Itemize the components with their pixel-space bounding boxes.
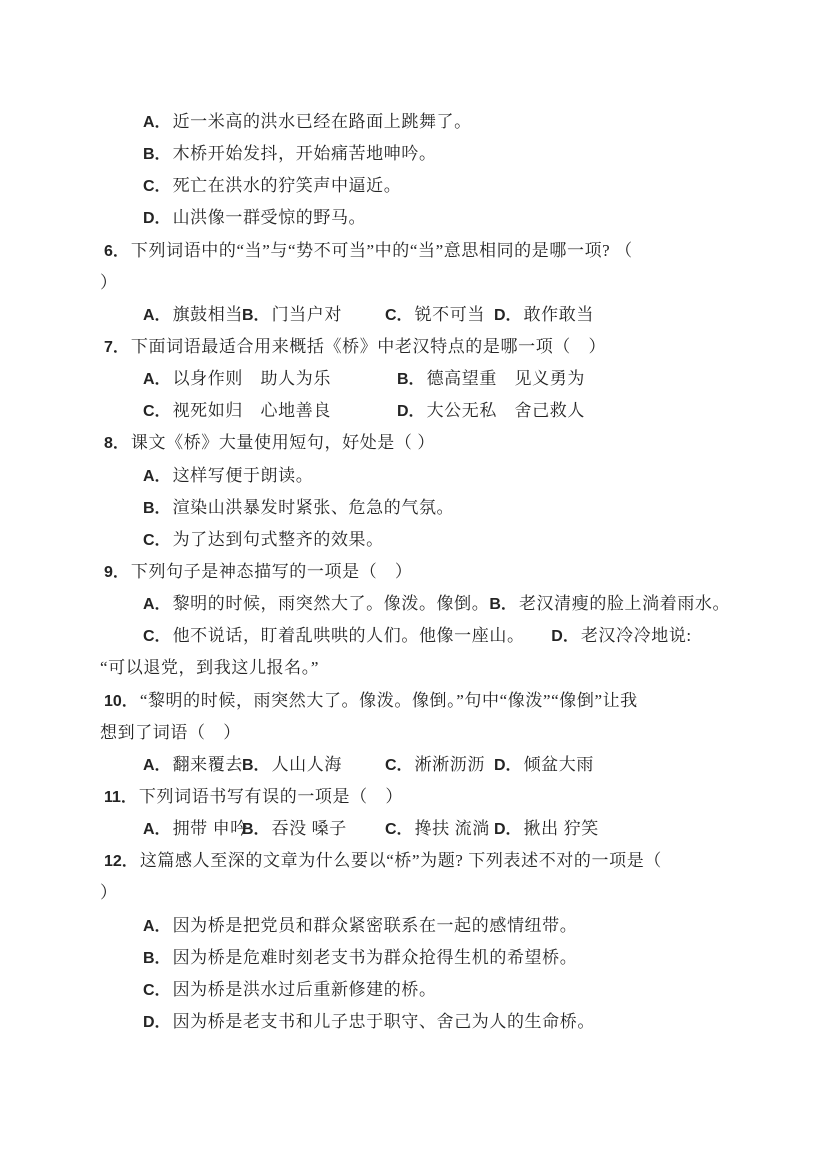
question-11-stem: 11．下列词语书写有误的一项是（ ） xyxy=(98,781,738,813)
text-run: 大公无私 舍己救人 xyxy=(427,401,585,420)
question-number: 11． xyxy=(104,789,139,806)
option-line: A．因为桥是把党员和群众紧密联系在一起的感情纽带。 xyxy=(98,910,738,942)
option-item: D．敢作敢当 xyxy=(494,299,594,332)
continuation-line: “可以退党，到我这儿报名。” xyxy=(98,652,738,684)
text-run: 木桥开始发抖，开始痛苦地呻吟。 xyxy=(173,144,437,163)
options-row: C．视死如归 心地善良D．大公无私 舍己救人 xyxy=(98,395,738,427)
option-letter: D． xyxy=(397,403,427,420)
option-letter: A． xyxy=(143,371,173,388)
question-number: 10． xyxy=(104,693,140,710)
option-item: A．翻来覆去 xyxy=(143,749,243,782)
option-item: C．搀扶 流淌 xyxy=(385,813,490,846)
option-letter: D． xyxy=(494,307,524,324)
option-item: B．门当户对 xyxy=(242,299,342,332)
option-item: C．视死如归 心地善良 xyxy=(143,395,331,428)
option-item: A．拥带 申吟 xyxy=(143,813,248,846)
option-line: A．近一米高的洪水已经在路面上跳舞了。 xyxy=(98,106,738,138)
option-line: C．因为桥是洪水过后重新修建的桥。 xyxy=(98,974,738,1006)
text-run: 拥带 申吟 xyxy=(173,819,248,838)
text-run: 下列词语书写有误的一项是（ ） xyxy=(139,787,403,806)
text-run: 锐不可当 xyxy=(415,305,485,324)
option-letter: D． xyxy=(494,821,524,838)
option-letter: D． xyxy=(143,1014,173,1031)
text-run: 老汉清瘦的脸上淌着雨水。 xyxy=(519,594,730,613)
option-letter: C． xyxy=(143,178,173,195)
text-run: 以身作则 助人为乐 xyxy=(173,369,331,388)
option-letter: C． xyxy=(385,757,415,774)
text-run: 人山人海 xyxy=(272,755,342,774)
option-letter: B． xyxy=(489,596,519,613)
option-line: A．这样写便于朗读。 xyxy=(98,460,738,492)
worksheet-page: A．近一米高的洪水已经在路面上跳舞了。B．木桥开始发抖，开始痛苦地呻吟。C．死亡… xyxy=(0,0,826,1169)
continuation-line: ） xyxy=(98,877,738,909)
text-run: 想到了词语（ ） xyxy=(100,723,241,742)
text-run: 黎明的时候，雨突然大了。像泼。像倒。 xyxy=(173,594,490,613)
option-letter: D． xyxy=(494,757,524,774)
text-run: 渲染山洪暴发时紧张、危急的气氛。 xyxy=(173,498,455,517)
option-letter: A． xyxy=(143,307,173,324)
text-run: 因为桥是洪水过后重新修建的桥。 xyxy=(173,980,437,999)
text-run: 德高望重 见义勇为 xyxy=(427,369,585,388)
option-letter: B． xyxy=(397,371,427,388)
option-item: D．倾盆大雨 xyxy=(494,749,594,782)
text-run: 敢作敢当 xyxy=(524,305,594,324)
question-8-stem: 8．课文《桥》大量使用短句，好处是（ ） xyxy=(98,427,738,459)
text-run: 倾盆大雨 xyxy=(524,755,594,774)
continuation-line: 想到了词语（ ） xyxy=(98,717,738,749)
options-row: A．以身作则 助人为乐B．德高望重 见义勇为 xyxy=(98,363,738,395)
text-run: 旗鼓相当 xyxy=(173,305,243,324)
option-line: C．他不说话，盯着乱哄哄的人们。他像一座山。 D．老汉冷冷地说: xyxy=(98,620,738,652)
text-run: 山洪像一群受惊的野马。 xyxy=(173,208,367,227)
text-run: 搀扶 流淌 xyxy=(415,819,490,838)
option-item: D．揪出 狞笑 xyxy=(494,813,599,846)
option-line: D．因为桥是老支书和儿子忠于职守、舍己为人的生命桥。 xyxy=(98,1006,738,1038)
text-run: 下面词语最适合用来概括《桥》中老汉特点的是哪一项（ ） xyxy=(131,337,606,356)
option-item: B．吞没 嗓子 xyxy=(242,813,347,846)
option-letter: B． xyxy=(143,146,173,163)
option-letter: A． xyxy=(143,821,173,838)
text-run: 因为桥是把党员和群众紧密联系在一起的感情纽带。 xyxy=(173,916,578,935)
options-row: A．拥带 申吟B．吞没 嗓子C．搀扶 流淌D．揪出 狞笑 xyxy=(98,813,738,845)
text-run: “黎明的时候，雨突然大了。像泼。像倒。”句中“像泼”“像倒”让我 xyxy=(140,691,638,710)
option-item: B．人山人海 xyxy=(242,749,342,782)
option-letter: A． xyxy=(143,114,173,131)
text-run: 下列句子是神态描写的一项是（ ） xyxy=(131,562,413,581)
text-run: 因为桥是危难时刻老支书为群众抢得生机的希望桥。 xyxy=(173,948,578,967)
question-12-stem: 12．这篇感人至深的文章为什么要以“桥”为题? 下列表述不对的一项是（ xyxy=(98,845,738,877)
option-letter: C． xyxy=(143,403,173,420)
option-item: D．大公无私 舍己救人 xyxy=(397,395,585,428)
option-letter: B． xyxy=(242,757,272,774)
option-line: D．山洪像一群受惊的野马。 xyxy=(98,202,738,234)
option-letter: B． xyxy=(143,500,173,517)
text-run: 门当户对 xyxy=(272,305,342,324)
option-letter: D． xyxy=(143,210,173,227)
question-number: 8． xyxy=(104,435,131,452)
option-letter: B． xyxy=(242,307,272,324)
question-number: 12． xyxy=(104,853,140,870)
option-letter: C． xyxy=(385,307,415,324)
option-letter: C． xyxy=(385,821,415,838)
text-run: 下列词语中的“当”与“势不可当”中的“当”意思相同的是哪一项? （ xyxy=(131,241,633,260)
text-run: 这篇感人至深的文章为什么要以“桥”为题? 下列表述不对的一项是（ xyxy=(140,851,662,870)
option-line: B．木桥开始发抖，开始痛苦地呻吟。 xyxy=(98,138,738,170)
text-run: 因为桥是老支书和儿子忠于职守、舍己为人的生命桥。 xyxy=(173,1012,595,1031)
question-list: A．近一米高的洪水已经在路面上跳舞了。B．木桥开始发抖，开始痛苦地呻吟。C．死亡… xyxy=(98,106,738,1038)
option-letter: A． xyxy=(143,757,173,774)
text-run: 揪出 狞笑 xyxy=(524,819,599,838)
option-letter: C． xyxy=(143,982,173,999)
text-run: 老汉冷冷地说: xyxy=(581,626,692,645)
option-item: B．德高望重 见义勇为 xyxy=(397,363,585,396)
continuation-line: ） xyxy=(98,267,738,299)
text-run: 课文《桥》大量使用短句，好处是（ ） xyxy=(131,433,435,452)
question-number: 7． xyxy=(104,339,131,356)
option-letter: C． xyxy=(143,532,173,549)
option-letter: C． xyxy=(143,628,173,645)
option-line: B．渲染山洪暴发时紧张、危急的气氛。 xyxy=(98,492,738,524)
question-number: 6． xyxy=(104,243,131,260)
option-item: C．锐不可当 xyxy=(385,299,485,332)
options-row: A．旗鼓相当B．门当户对C．锐不可当D．敢作敢当 xyxy=(98,299,738,331)
question-10-stem: 10．“黎明的时候，雨突然大了。像泼。像倒。”句中“像泼”“像倒”让我 xyxy=(98,685,738,717)
option-item: A．旗鼓相当 xyxy=(143,299,243,332)
text-run: 死亡在洪水的狞笑声中逼近。 xyxy=(173,176,402,195)
text-run: 吞没 嗓子 xyxy=(272,819,347,838)
text-run: 他不说话，盯着乱哄哄的人们。他像一座山。 xyxy=(173,626,552,645)
text-run: ） xyxy=(100,883,118,902)
option-letter: A． xyxy=(143,468,173,485)
text-run: 翻来覆去 xyxy=(173,755,243,774)
options-row: A．翻来覆去B．人山人海C．淅淅沥沥D．倾盆大雨 xyxy=(98,749,738,781)
text-run: “可以退党，到我这儿报名。” xyxy=(100,658,319,677)
option-letter: B． xyxy=(143,950,173,967)
text-run: ） xyxy=(100,273,118,292)
question-number: 9． xyxy=(104,564,131,581)
question-7-stem: 7．下面词语最适合用来概括《桥》中老汉特点的是哪一项（ ） xyxy=(98,331,738,363)
option-line: B．因为桥是危难时刻老支书为群众抢得生机的希望桥。 xyxy=(98,942,738,974)
question-6-stem: 6．下列词语中的“当”与“势不可当”中的“当”意思相同的是哪一项? （ xyxy=(98,235,738,267)
option-letter: A． xyxy=(143,596,173,613)
option-line: C．死亡在洪水的狞笑声中逼近。 xyxy=(98,170,738,202)
text-run: 这样写便于朗读。 xyxy=(173,466,314,485)
question-9-stem: 9．下列句子是神态描写的一项是（ ） xyxy=(98,556,738,588)
text-run: 近一米高的洪水已经在路面上跳舞了。 xyxy=(173,112,472,131)
option-letter: B． xyxy=(242,821,272,838)
text-run: 淅淅沥沥 xyxy=(415,755,485,774)
text-run: 视死如归 心地善良 xyxy=(173,401,331,420)
option-item: C．淅淅沥沥 xyxy=(385,749,485,782)
option-letter: D． xyxy=(551,628,581,645)
option-item: A．以身作则 助人为乐 xyxy=(143,363,331,396)
option-line: C．为了达到句式整齐的效果。 xyxy=(98,524,738,556)
text-run: 为了达到句式整齐的效果。 xyxy=(173,530,384,549)
option-line: A．黎明的时候，雨突然大了。像泼。像倒。B．老汉清瘦的脸上淌着雨水。 xyxy=(98,588,738,620)
option-letter: A． xyxy=(143,918,173,935)
